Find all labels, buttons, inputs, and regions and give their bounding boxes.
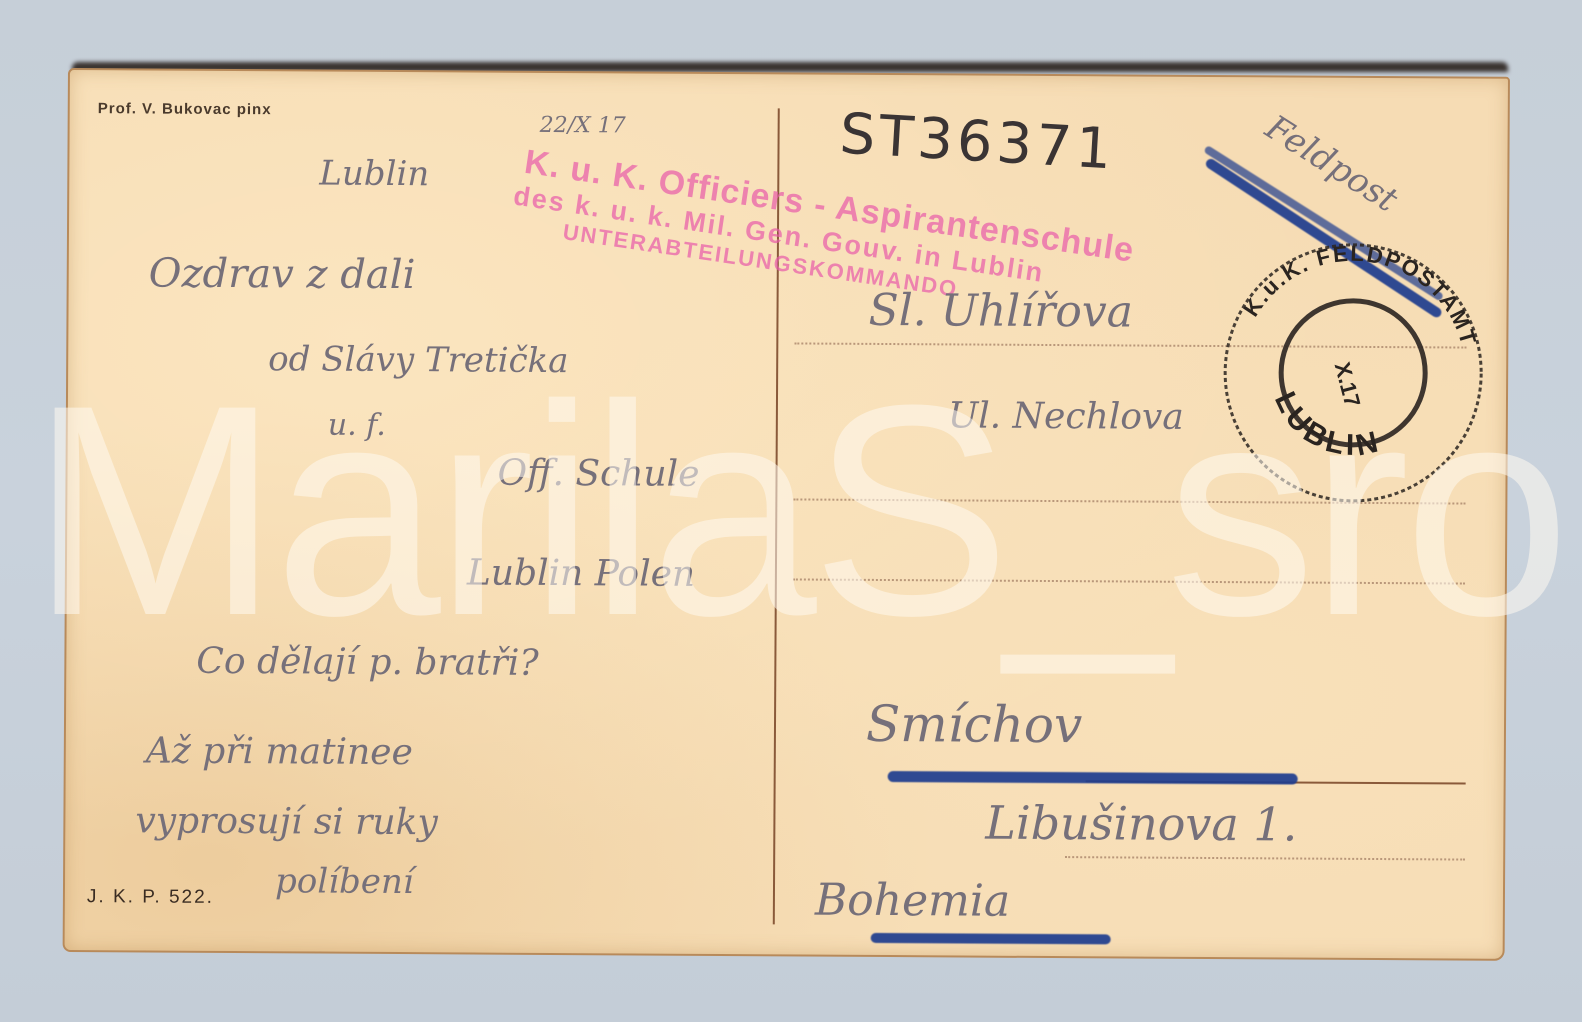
blue-underline-country <box>871 933 1111 944</box>
address-country: Bohemia <box>815 875 1011 927</box>
address-line-5 <box>1065 856 1465 860</box>
address-street: Libušinova 1. <box>985 796 1297 852</box>
series-number: J. K. P. 522. <box>87 886 214 909</box>
address-city: Smíchov <box>866 695 1083 754</box>
svg-text:K.u.K. FELDPOSTAMT: K.u.K. FELDPOSTAMT <box>1238 240 1482 349</box>
message-line-7: Až při matinee <box>146 730 413 773</box>
inventory-mark: ST36371 <box>838 102 1117 183</box>
postmark-ring-text: K.u.K. FELDPOSTAMT <box>1238 240 1482 349</box>
message-line-9: políbení <box>275 861 414 902</box>
handwritten-date: 22/X 17 <box>540 113 626 139</box>
watermark: MarilaS_sro <box>30 360 1565 660</box>
message-line-8: vyprosují si ruky <box>135 800 438 843</box>
handwritten-place: Lublin <box>319 154 429 195</box>
address-recipient: Sl. Uhlířova <box>868 285 1133 338</box>
artist-credit: Prof. V. Bukovac pinx <box>98 100 272 118</box>
blue-underline-city <box>888 771 1298 785</box>
message-line-1: Ozdrav z dali <box>149 250 416 298</box>
